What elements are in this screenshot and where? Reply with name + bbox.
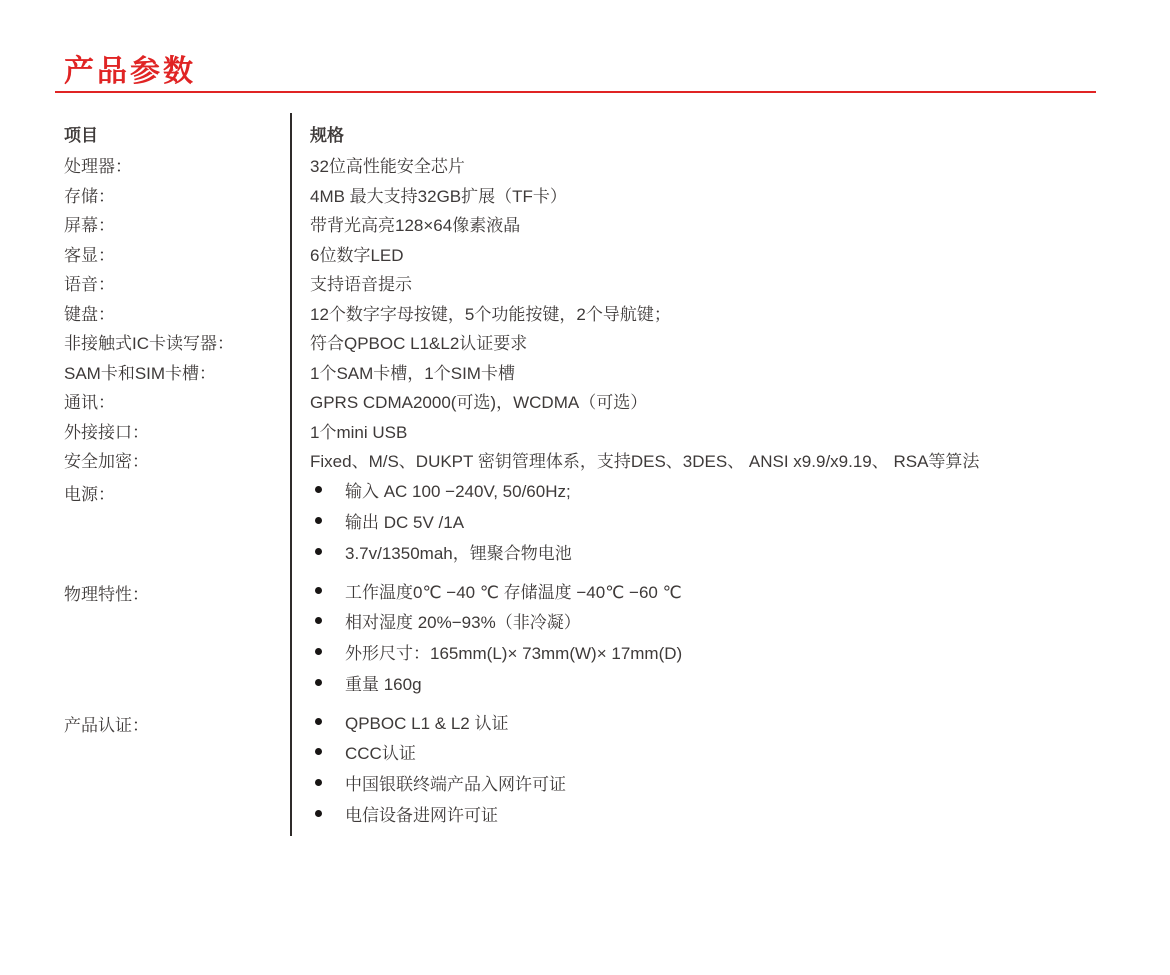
title-underline [55,91,1096,93]
bullet-text: 工作温度0℃ −40 ℃ 存储温度 −40℃ −60 ℃ [345,578,682,603]
table-row: 通讯： GPRS CDMA2000(可选)，WCDMA（可选） [64,386,1126,416]
product-spec-page: 产品参数 项目 规格 处理器： 32位高性能安全芯片 存储： 4MB 最大支持3… [0,0,1170,975]
table-row: SAM卡和SIM卡槽： 1个SAM卡槽，1个SIM卡槽 [64,357,1126,387]
bullet-text: QPBOC L1 & L2 认证 [345,709,508,734]
table-row: 非接触式IC卡读写器： 符合QPBOC L1&L2认证要求 [64,327,1126,357]
spec-item-value: 支持语音提示 [290,270,1126,295]
spec-item-label: 产品认证： [64,706,290,736]
spec-item-label: 外接接口： [64,418,290,443]
spec-item-label: 语音： [64,270,290,295]
table-row: 键盘： 12个数字字母按键，5个功能按键，2个导航键； [64,298,1126,328]
bullet-text: 外形尺寸：165mm(L)× 73mm(W)× 17mm(D) [345,639,682,664]
table-row: 屏幕： 带背光高亮128×64像素液晶 [64,209,1126,239]
table-header-row: 项目 规格 [64,116,1126,150]
bullet-item: CCC认证 [310,737,1126,768]
spec-item-bullet-list: 工作温度0℃ −40 ℃ 存储温度 −40℃ −60 ℃ 相对湿度 20%−93… [290,575,1126,698]
bullet-icon [315,486,322,493]
spec-item-label: 电源： [64,475,290,505]
table-row-physical: 物理特性： 工作温度0℃ −40 ℃ 存储温度 −40℃ −60 ℃ 相对湿度 … [64,575,1126,698]
spec-item-value: 6位数字LED [290,241,1126,266]
spec-item-label: 客显： [64,241,290,266]
spec-item-label: 非接触式IC卡读写器： [64,329,290,354]
spec-item-label: 屏幕： [64,211,290,236]
bullet-text: 输入 AC 100 −240V, 50/60Hz; [345,477,571,502]
bullet-item: 工作温度0℃ −40 ℃ 存储温度 −40℃ −60 ℃ [310,575,1126,606]
page-title: 产品参数 [64,46,196,90]
bullet-item: 外形尺寸：165mm(L)× 73mm(W)× 17mm(D) [310,636,1126,667]
table-row: 处理器： 32位高性能安全芯片 [64,150,1126,180]
bullet-icon [315,648,322,655]
bullet-icon [315,679,322,686]
bullet-item: 重量 160g [310,667,1126,698]
bullet-icon [315,617,322,624]
spec-item-value: 4MB 最大支持32GB扩展（TF卡） [290,182,1126,207]
table-row: 语音： 支持语音提示 [64,268,1126,298]
spec-item-value: 32位高性能安全芯片 [290,152,1126,177]
table-row: 安全加密： Fixed、M/S、DUKPT 密钥管理体系，支持DES、3DES、… [64,445,1126,475]
bullet-icon [315,748,322,755]
spec-item-value: 12个数字字母按键，5个功能按键，2个导航键； [290,300,1126,325]
spec-table: 项目 规格 处理器： 32位高性能安全芯片 存储： 4MB 最大支持32GB扩展… [64,116,1126,829]
bullet-text: 重量 160g [345,670,422,695]
bullet-item: 相对湿度 20%−93%（非冷凝） [310,606,1126,637]
table-row-certification: 产品认证： QPBOC L1 & L2 认证 CCC认证 中国银联终端产品入网许… [64,706,1126,829]
bullet-icon [315,810,322,817]
spec-item-value: 1个SAM卡槽，1个SIM卡槽 [290,359,1126,384]
column-header-spec: 规格 [290,121,1126,146]
bullet-icon [315,517,322,524]
spec-item-label: 物理特性： [64,575,290,605]
spec-item-bullet-list: 输入 AC 100 −240V, 50/60Hz; 输出 DC 5V /1A 3… [290,475,1126,567]
spec-item-label: 存储： [64,182,290,207]
bullet-text: 输出 DC 5V /1A [345,508,464,533]
table-row: 存储： 4MB 最大支持32GB扩展（TF卡） [64,180,1126,210]
spec-item-value: 带背光高亮128×64像素液晶 [290,211,1126,236]
table-row-power: 电源： 输入 AC 100 −240V, 50/60Hz; 输出 DC 5V /… [64,475,1126,567]
bullet-item: 中国银联终端产品入网许可证 [310,767,1126,798]
spec-item-label: SAM卡和SIM卡槽： [64,359,290,384]
bullet-item: QPBOC L1 & L2 认证 [310,706,1126,737]
table-row: 外接接口： 1个mini USB [64,416,1126,446]
spec-item-value: 符合QPBOC L1&L2认证要求 [290,329,1126,354]
bullet-text: 相对湿度 20%−93%（非冷凝） [345,608,581,633]
bullet-item: 电信设备进网许可证 [310,798,1126,829]
bullet-item: 输出 DC 5V /1A [310,505,1126,536]
bullet-icon [315,718,322,725]
bullet-item: 输入 AC 100 −240V, 50/60Hz; [310,475,1126,506]
spec-item-label: 通讯： [64,388,290,413]
spec-item-value: 1个mini USB [290,418,1126,443]
bullet-text: CCC认证 [345,739,416,764]
bullet-text: 3.7v/1350mah，锂聚合物电池 [345,539,572,564]
bullet-text: 中国银联终端产品入网许可证 [345,770,566,795]
table-row: 客显： 6位数字LED [64,239,1126,269]
bullet-icon [315,779,322,786]
spec-item-label: 键盘： [64,300,290,325]
bullet-item: 3.7v/1350mah，锂聚合物电池 [310,536,1126,567]
bullet-text: 电信设备进网许可证 [345,801,498,826]
spec-item-label: 处理器： [64,152,290,177]
spec-item-value: GPRS CDMA2000(可选)，WCDMA（可选） [290,388,1126,413]
spec-item-value: Fixed、M/S、DUKPT 密钥管理体系，支持DES、3DES、 ANSI … [290,447,1126,472]
bullet-icon [315,548,322,555]
spec-item-label: 安全加密： [64,447,290,472]
spec-item-bullet-list: QPBOC L1 & L2 认证 CCC认证 中国银联终端产品入网许可证 电信设… [290,706,1126,829]
column-header-item: 项目 [64,121,290,146]
bullet-icon [315,587,322,594]
